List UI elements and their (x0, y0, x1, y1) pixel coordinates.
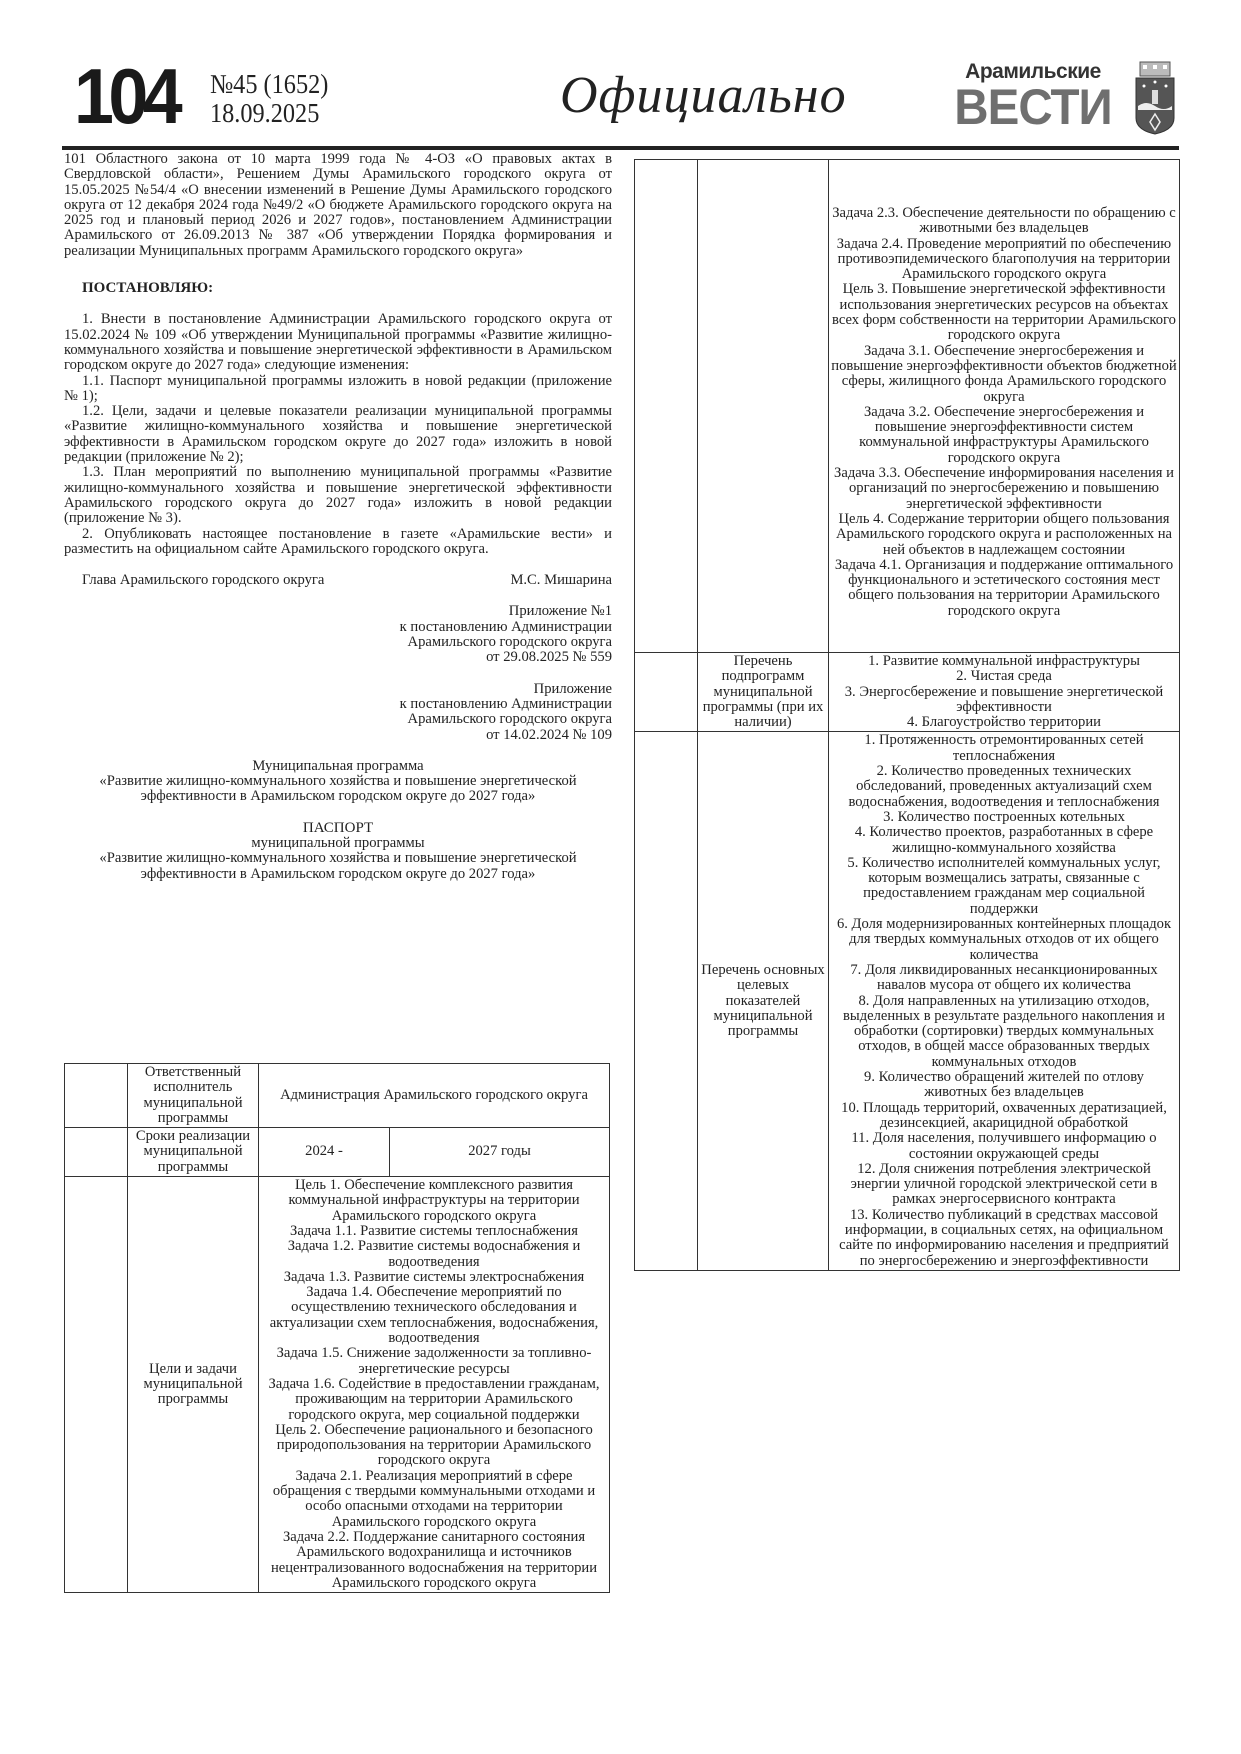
signature-role: Глава Арамильского городского округа (82, 573, 324, 588)
appendix-line: к постановлению Администрации (64, 697, 612, 712)
appendix-line: от 29.08.2025 № 559 (64, 650, 612, 665)
decree-item: 2. Опубликовать настоящее постановление … (64, 527, 612, 558)
row-label: Сроки реализации муниципальной программы (128, 1128, 259, 1177)
row-label: Перечень основных целевых показателей му… (698, 732, 829, 1270)
appendix-line: от 14.02.2024 № 109 (64, 728, 612, 743)
row-label: Цели и задачи муниципальной программы (128, 1177, 259, 1593)
signature-name: М.С. Мишарина (510, 573, 612, 588)
row-value: Администрация Арамильского городского ок… (259, 1064, 610, 1128)
row-value: 1. Протяженность отремонтированных сетей… (829, 732, 1180, 1270)
passport-table-part-2: Задача 2.3. Обеспечение деятельности по … (634, 159, 1180, 1271)
preamble: 101 Областного закона от 10 марта 1999 г… (64, 152, 612, 259)
header-divider (62, 146, 1179, 150)
row-value: Цель 1. Обеспечение комплексного развити… (259, 1177, 610, 1593)
row-label: Ответственный исполнитель муниципальной … (128, 1064, 259, 1128)
table-row: Перечень подпрограмм муниципальной прогр… (635, 653, 1180, 732)
row-value: 1. Развитие коммунальной инфраструктуры … (829, 653, 1180, 732)
term-start: 2024 - (259, 1128, 390, 1177)
appendix-line: Приложение №1 (64, 604, 612, 619)
decree-item: 1. Внести в постановление Администрации … (64, 312, 612, 373)
table-row: Перечень основных целевых показателей му… (635, 732, 1180, 1270)
decree-heading: ПОСТАНОВЛЯЮ: (82, 281, 612, 296)
program-title: Муниципальная программа (64, 759, 612, 774)
appendix-2-note: Приложение к постановлению Администрации… (64, 682, 612, 743)
issue-number: №45 (1652) (210, 70, 328, 99)
decree-item: 1.1. Паспорт муниципальной программы изл… (64, 374, 612, 405)
decree-item: 1.3. План мероприятий по выполнению муни… (64, 465, 612, 526)
row-value: Задача 2.3. Обеспечение деятельности по … (829, 160, 1180, 653)
program-name: «Развитие жилищно-коммунального хозяйств… (64, 774, 612, 805)
appendix-line: к постановлению Администрации (64, 620, 612, 635)
section-title: Официально (560, 66, 847, 125)
passport-table-part-1: Ответственный исполнитель муниципальной … (64, 1063, 610, 1593)
coat-of-arms-icon (1132, 60, 1178, 136)
appendix-line: Арамильского городского округа (64, 712, 612, 727)
table-row: Сроки реализации муниципальной программы… (65, 1128, 610, 1177)
term-end: 2027 годы (390, 1128, 610, 1177)
table-row: Ответственный исполнитель муниципальной … (65, 1064, 610, 1128)
appendix-line: Арамильского городского округа (64, 635, 612, 650)
page-number: 104 (74, 56, 177, 136)
passport-program-name: «Развитие жилищно-коммунального хозяйств… (64, 851, 612, 882)
appendix-1-note: Приложение №1 к постановлению Администра… (64, 604, 612, 665)
issue-date: 18.09.2025 (210, 99, 328, 128)
decree-item: 1.2. Цели, задачи и целевые показатели р… (64, 404, 612, 465)
table-row: Задача 2.3. Обеспечение деятельности по … (635, 160, 1180, 653)
passport-subtitle: муниципальной программы (64, 836, 612, 851)
issue-info: №45 (1652) 18.09.2025 (210, 70, 328, 128)
page-header: 104 №45 (1652) 18.09.2025 Официально Ара… (0, 0, 1241, 150)
left-column: 101 Областного закона от 10 марта 1999 г… (64, 152, 612, 882)
row-label: Перечень подпрограмм муниципальной прогр… (698, 653, 829, 732)
newspaper-logo: Арамильские ВЕСТИ (948, 60, 1118, 130)
row-label (698, 160, 829, 653)
logo-main-text: ВЕСТИ (952, 84, 1114, 130)
appendix-line: Приложение (64, 682, 612, 697)
signature-block: Глава Арамильского городского округа М.С… (64, 573, 612, 588)
table-row: Цели и задачи муниципальной программы Це… (65, 1177, 610, 1593)
passport-title: ПАСПОРТ (64, 821, 612, 836)
